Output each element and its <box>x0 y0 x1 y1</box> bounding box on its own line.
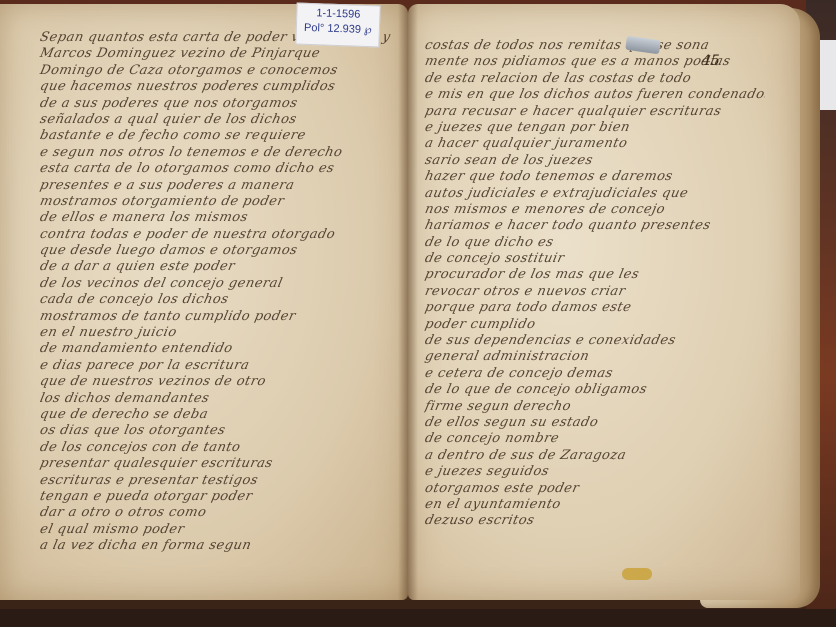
manuscript-line: de los vecinos del concejo general <box>38 276 391 292</box>
manuscript-line: poder cumplido <box>423 317 766 333</box>
manuscript-line: firme segun derecho <box>423 399 766 415</box>
manuscript-line: señalados a qual quier de los dichos <box>38 112 391 128</box>
manuscript-line: a la vez dicha en forma segun <box>38 538 391 554</box>
manuscript-line: e segun nos otros lo tenemos e de derech… <box>38 145 391 161</box>
manuscript-line: tengan e pueda otorgar poder <box>38 489 391 505</box>
manuscript-line: otorgamos este poder <box>423 481 766 497</box>
manuscript-line: de lo que de concejo obligamos <box>423 382 766 398</box>
manuscript-line: costas de todos nos remitas que se sona <box>423 38 766 54</box>
archive-label-ref: Pol° 12.939 ℘ <box>301 21 375 39</box>
manuscript-line: el qual mismo poder <box>38 522 391 538</box>
manuscript-line: de los concejos con de tanto <box>38 440 391 456</box>
manuscript-line: de concejo sostituir <box>423 251 766 267</box>
manuscript-line: para recusar e hacer qualquier escritura… <box>423 104 766 120</box>
manuscript-line: a dentro de sus de Zaragoza <box>423 448 766 464</box>
manuscript-line: e juezes que tengan por bien <box>423 120 766 136</box>
manuscript-line: sario sean de los juezes <box>423 153 766 169</box>
manuscript-line: esta carta de lo otorgamos como dicho es <box>38 161 391 177</box>
manuscript-line: procurador de los mas que les <box>423 267 766 283</box>
manuscript-line: de ellos segun su estado <box>423 415 766 431</box>
book-gutter <box>398 4 418 600</box>
manuscript-line: que de nuestros vezinos de otro <box>38 374 391 390</box>
manuscript-line: Domingo de Caza otorgamos e conocemos <box>38 63 391 79</box>
manuscript-line: e juezes seguidos <box>423 464 766 480</box>
manuscript-line: os dias que los otorgantes <box>38 423 391 439</box>
manuscript-line: e dias parece por la escritura <box>38 358 391 374</box>
manuscript-line: de a sus poderes que nos otorgamos <box>38 96 391 112</box>
manuscript-line: de concejo nombre <box>423 431 766 447</box>
manuscript-line: nos mismos e menores de concejo <box>423 202 766 218</box>
manuscript-line: dar a otro o otros como <box>38 505 391 521</box>
manuscript-line: dezuso escritos <box>423 513 766 529</box>
manuscript-line: contra todas e poder de nuestra otorgado <box>38 227 391 243</box>
manuscript-line: a hacer qualquier juramento <box>423 136 766 152</box>
manuscript-line: de ellos e manera los mismos <box>38 210 391 226</box>
manuscript-line: de esta relacion de las costas de todo <box>423 71 766 87</box>
manuscript-line: de sus dependencias e conexidades <box>423 333 766 349</box>
manuscript-line: autos judiciales e extrajudiciales que <box>423 186 766 202</box>
folio-number: 45 <box>702 53 720 69</box>
manuscript-line: e mis en que los dichos autos fueren con… <box>423 87 766 103</box>
manuscript-line: en el nuestro juicio <box>38 325 391 341</box>
manuscript-line: hazer que todo tenemos e daremos <box>423 169 766 185</box>
archive-label: 1-1-1596 Pol° 12.939 ℘ <box>295 3 380 48</box>
manuscript-line: hariamos e hacer todo quanto presentes <box>423 218 766 234</box>
manuscript-line: de a dar a quien este poder <box>38 259 391 275</box>
manuscript-line: general administracion <box>423 349 766 365</box>
manuscript-line: escrituras e presentar testigos <box>38 473 391 489</box>
manuscript-line: en el ayuntamiento <box>423 497 766 513</box>
left-page-text: Sepan quantos esta carta de poder vieren… <box>40 30 390 555</box>
manuscript-line: que desde luego damos e otorgamos <box>38 243 391 259</box>
background-bottom <box>0 609 836 627</box>
manuscript-line: que hacemos nuestros poderes cumplidos <box>38 79 391 95</box>
manuscript-line: de lo que dicho es <box>423 235 766 251</box>
manuscript-line: mostramos otorgamiento de poder <box>38 194 391 210</box>
manuscript-line: e cetera de concejo demas <box>423 366 766 382</box>
manuscript-line: de mandamiento entendido <box>38 341 391 357</box>
manuscript-line: presentar qualesquier escrituras <box>38 456 391 472</box>
manuscript-line: presentes e a sus poderes a manera <box>38 178 391 194</box>
manuscript-line: cada de concejo los dichos <box>38 292 391 308</box>
gold-seal-fragment <box>622 568 652 580</box>
right-page-text: costas de todos nos remitas que se sonam… <box>425 38 765 530</box>
manuscript-line: Marcos Dominguez vezino de Pinjarque <box>38 46 391 62</box>
manuscript-line: mostramos de tanto cumplido poder <box>38 309 391 325</box>
manuscript-line: que de derecho se deba <box>38 407 391 423</box>
manuscript-line: bastante e de fecho como se requiere <box>38 128 391 144</box>
manuscript-line: porque para todo damos este <box>423 300 766 316</box>
manuscript-line: revocar otros e nuevos criar <box>423 284 766 300</box>
manuscript-line: los dichos demandantes <box>38 391 391 407</box>
